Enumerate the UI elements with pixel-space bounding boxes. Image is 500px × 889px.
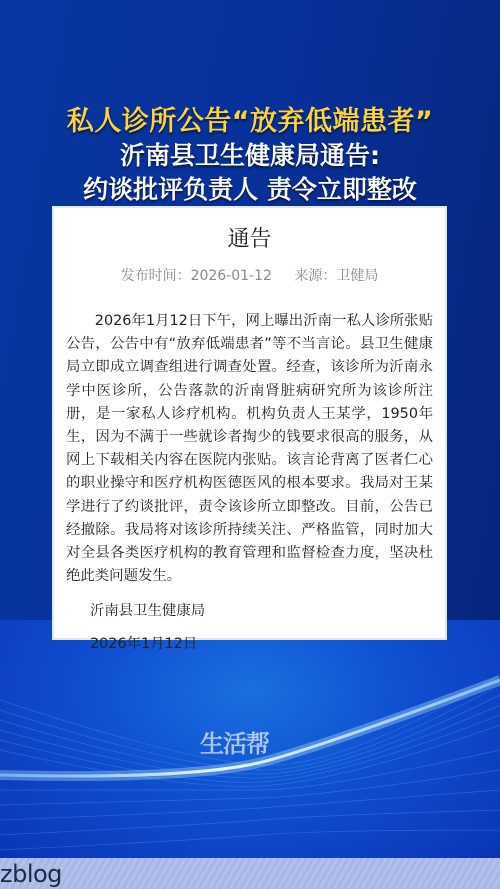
headline-line-2: 沂南县卫生健康局通告:	[0, 139, 500, 173]
headline: 私人诊所公告“放弃低端患者” 沂南县卫生健康局通告: 约谈批评负责人 责令立即整…	[0, 105, 500, 207]
watermark-logo: 生活帮	[200, 724, 300, 774]
headline-line-3: 约谈批评负责人 责令立即整改	[0, 173, 500, 207]
notice-title: 通告	[54, 225, 445, 255]
footer-brand: zblog	[0, 859, 62, 889]
footer-bar: zblog	[0, 858, 500, 889]
publish-time: 发布时间：2026-01-12	[121, 268, 272, 284]
poster-background: 私人诊所公告“放弃低端患者” 沂南县卫生健康局通告: 约谈批评负责人 责令立即整…	[0, 0, 500, 858]
notice-card: 通告 发布时间：2026-01-12 来源：卫健局 2026年1月12日下午，网…	[54, 208, 445, 638]
notice-date: 2026年1月12日	[90, 633, 445, 655]
notice-signature: 沂南县卫生健康局	[90, 600, 445, 622]
notice-body: 2026年1月12日下午，网上曝出沂南一私人诊所张贴公告，公告中有“放弃低端患者…	[66, 310, 433, 588]
notice-meta: 发布时间：2026-01-12 来源：卫健局	[54, 266, 445, 286]
headline-line-1: 私人诊所公告“放弃低端患者”	[0, 105, 500, 139]
source: 来源：卫健局	[294, 268, 378, 284]
